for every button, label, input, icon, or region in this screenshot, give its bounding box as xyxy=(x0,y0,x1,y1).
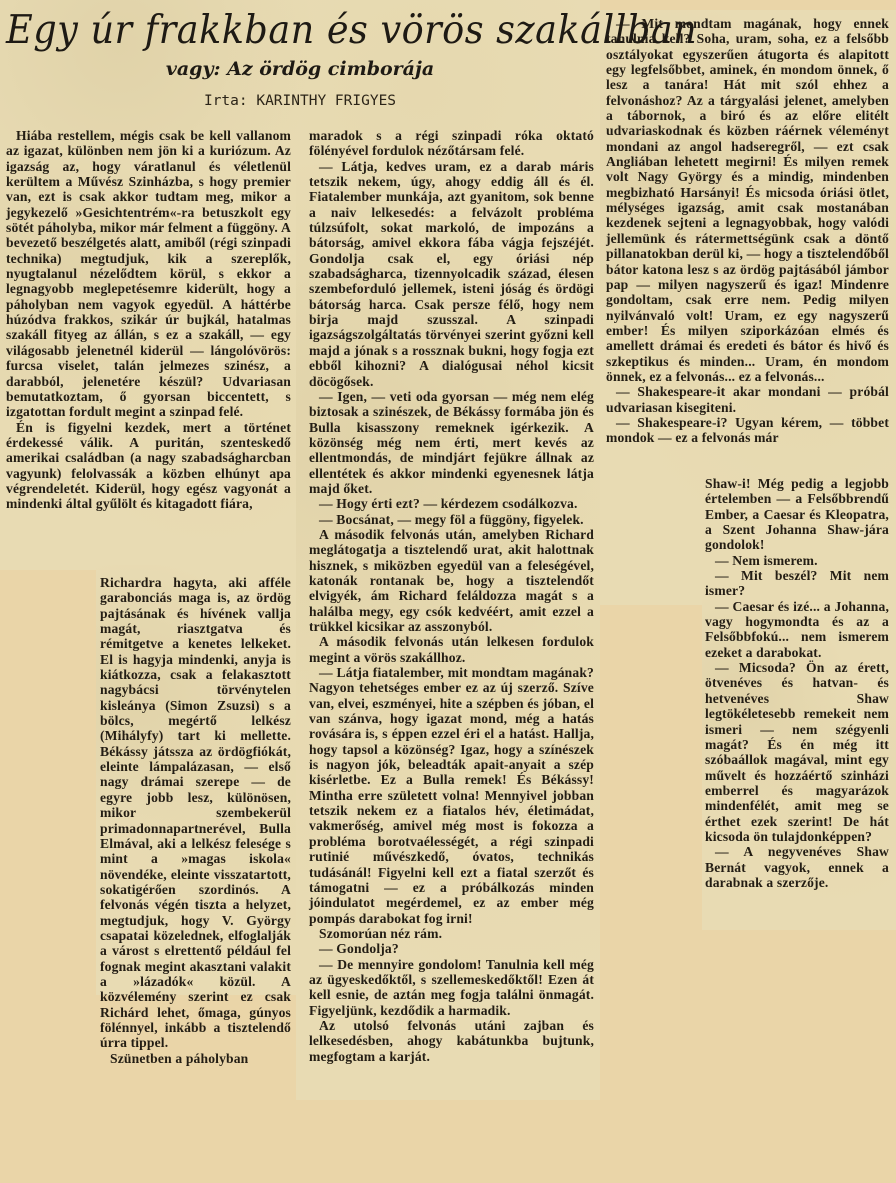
paragraph: A második felvonás után lelkesen fordulo… xyxy=(309,634,594,665)
paragraph: Richardra hagyta, aki afféle garabonciás… xyxy=(100,575,291,1051)
paragraph: Shaw-i! Még pedig a legjobb értelemben —… xyxy=(705,476,889,553)
paragraph: — Bocsánat, — megy föl a függöny, figyel… xyxy=(309,512,594,527)
paragraph: — Hogy érti ezt? — kérdezem csodálkozva. xyxy=(309,496,594,511)
paragraph: — Micsoda? Ön az érett, ötvenéves és hat… xyxy=(705,660,889,844)
paragraph: Szünetben a páholyban xyxy=(100,1051,291,1066)
paragraph: — A negyvenéves Shaw Bernát vagyok, enne… xyxy=(705,844,889,890)
column-2: maradok s a régi szinpadi róka oktató fö… xyxy=(309,128,594,1064)
article-byline: Irta: KARINTHY FRIGYES xyxy=(0,93,600,109)
column-1-top: Hiába restellem, mégis csak be kell vall… xyxy=(6,128,291,512)
paragraph: — Shakespeare-i? Ugyan kérem, — többet m… xyxy=(606,415,889,446)
paragraph: — De mennyire gondolom! Tanulnia kell mé… xyxy=(309,957,594,1018)
paragraph: Én is figyelni kezdek, mert a történet é… xyxy=(6,420,291,512)
column-1-bottom: Richardra hagyta, aki afféle garabonciás… xyxy=(100,575,291,1066)
paragraph: — Gondolja? xyxy=(309,941,594,956)
column-3-bottom: Shaw-i! Még pedig a legjobb értelemben —… xyxy=(705,476,889,890)
paragraph: — Mit beszél? Mit nem ismer? xyxy=(705,568,889,599)
paragraph: — Látja fiatalember, mit mondtam magának… xyxy=(309,665,594,926)
paragraph: A második felvonás után, amelyben Richar… xyxy=(309,527,594,634)
article-title: Egy úr frakkban és vörös szakállban xyxy=(6,8,561,53)
paragraph: — Látja, kedves uram, ez a darab máris t… xyxy=(309,159,594,389)
paragraph: Hiába restellem, mégis csak be kell vall… xyxy=(6,128,291,420)
paragraph: Szomorúan néz rám. xyxy=(309,926,594,941)
paragraph: — Mit mondtam magának, hogy ennek tanuln… xyxy=(606,16,889,384)
paragraph: — Caesar és izé... a Johanna, vagy hogym… xyxy=(705,599,889,660)
paragraph: — Nem ismerem. xyxy=(705,553,889,568)
paragraph: — Shakespeare-it akar mondani — próbál u… xyxy=(606,384,889,415)
column-3-top: — Mit mondtam magának, hogy ennek tanuln… xyxy=(606,16,889,446)
paragraph: maradok s a régi szinpadi róka oktató fö… xyxy=(309,128,594,159)
paragraph: — Igen, — veti oda gyorsan — még nem elé… xyxy=(309,389,594,496)
paragraph: Az utolsó felvonás utáni zajban és lelke… xyxy=(309,1018,594,1064)
article-subtitle: vagy: Az ördög cimborája xyxy=(0,58,600,80)
